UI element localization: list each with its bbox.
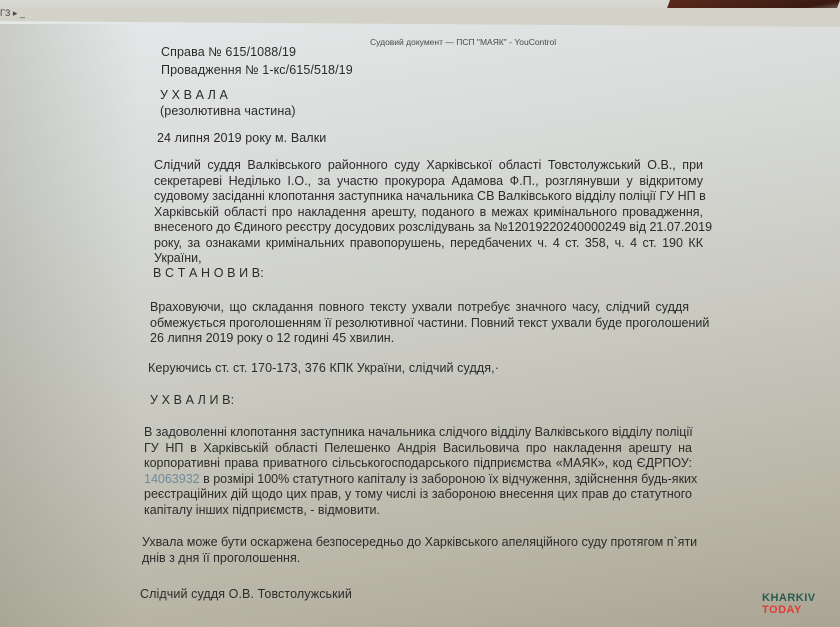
appeal-paragraph: Ухвала може бути оскаржена безпосередньо… — [142, 535, 702, 566]
logo-line-today: TODAY — [762, 604, 816, 616]
ruling-line: реєстраційних дій щодо цих прав, у тому … — [144, 487, 692, 503]
ruling-line: капіталу інших підприємств, - відмовити. — [144, 503, 692, 519]
date-place: 24 липня 2019 року м. Валки — [157, 131, 326, 145]
appeal-line: днів з дня її проголошення. — [142, 551, 702, 567]
established-line: обмежується проголошенням її резолютивно… — [150, 316, 689, 332]
ruling-line: корпоративні права приватного сільського… — [144, 456, 692, 472]
intro-line: року, за ознаками кримінальних правопору… — [154, 236, 703, 252]
ruling-paragraph: В задоволенні клопотання заступника нача… — [144, 425, 692, 518]
established-line: Враховуючи, що складання повного тексту … — [150, 300, 689, 316]
ruling-line: ГУ НП в Харківській області Пелешенко Ан… — [144, 441, 692, 457]
intro-line: внесеного до Єдиного реєстру досудових р… — [154, 220, 703, 236]
kharkiv-today-logo: KHARKIV TODAY — [762, 592, 816, 616]
established-line: 26 липня 2019 року о 12 годині 45 хвилин… — [150, 331, 689, 347]
appeal-line: Ухвала може бути оскаржена безпосередньо… — [142, 535, 702, 551]
page-header-note: Судовий документ — ПСП "МАЯК" - YouContr… — [370, 37, 556, 47]
intro-line: України, — [154, 251, 703, 267]
established-heading: В С Т А Н О В И В: — [153, 266, 264, 280]
intro-line: судовому засіданні клопотання заступника… — [154, 189, 703, 205]
proceeding-number: Провадження № 1-кс/615/518/19 — [161, 63, 353, 77]
ruled-heading: У Х В А Л И В: — [150, 393, 234, 407]
court-ruling-document: Судовий документ — ПСП "МАЯК" - YouContr… — [0, 0, 840, 627]
ruling-line: 14063932 в розмірі 100% статутного капіт… — [144, 472, 692, 488]
judge-signature: Слідчий суддя О.В. Товстолужський — [140, 587, 352, 601]
document-title: У Х В А Л А — [160, 88, 228, 102]
logo-line-kharkiv: KHARKIV — [762, 592, 816, 604]
intro-line: секретареві Неділько І.О., за участю про… — [154, 174, 703, 190]
ruling-line-rest: в розмірі 100% статутного капіталу із за… — [200, 472, 698, 486]
edrpou-code-link[interactable]: 14063932 — [144, 472, 200, 486]
established-paragraph: Враховуючи, що складання повного тексту … — [150, 300, 689, 347]
ruling-line: В задоволенні клопотання заступника нача… — [144, 425, 692, 441]
guided-by-statement: Керуючись ст. ст. 170-173, 376 КПК Украї… — [148, 361, 499, 375]
case-number: Справа № 615/1088/19 — [161, 45, 296, 59]
intro-line: Харківській області про накладення арешт… — [154, 205, 703, 221]
document-subtitle: (резолютивна частина) — [160, 104, 296, 118]
intro-paragraph: Слідчий суддя Валківського районного суд… — [154, 158, 703, 267]
intro-line: Слідчий суддя Валківського районного суд… — [154, 158, 703, 174]
